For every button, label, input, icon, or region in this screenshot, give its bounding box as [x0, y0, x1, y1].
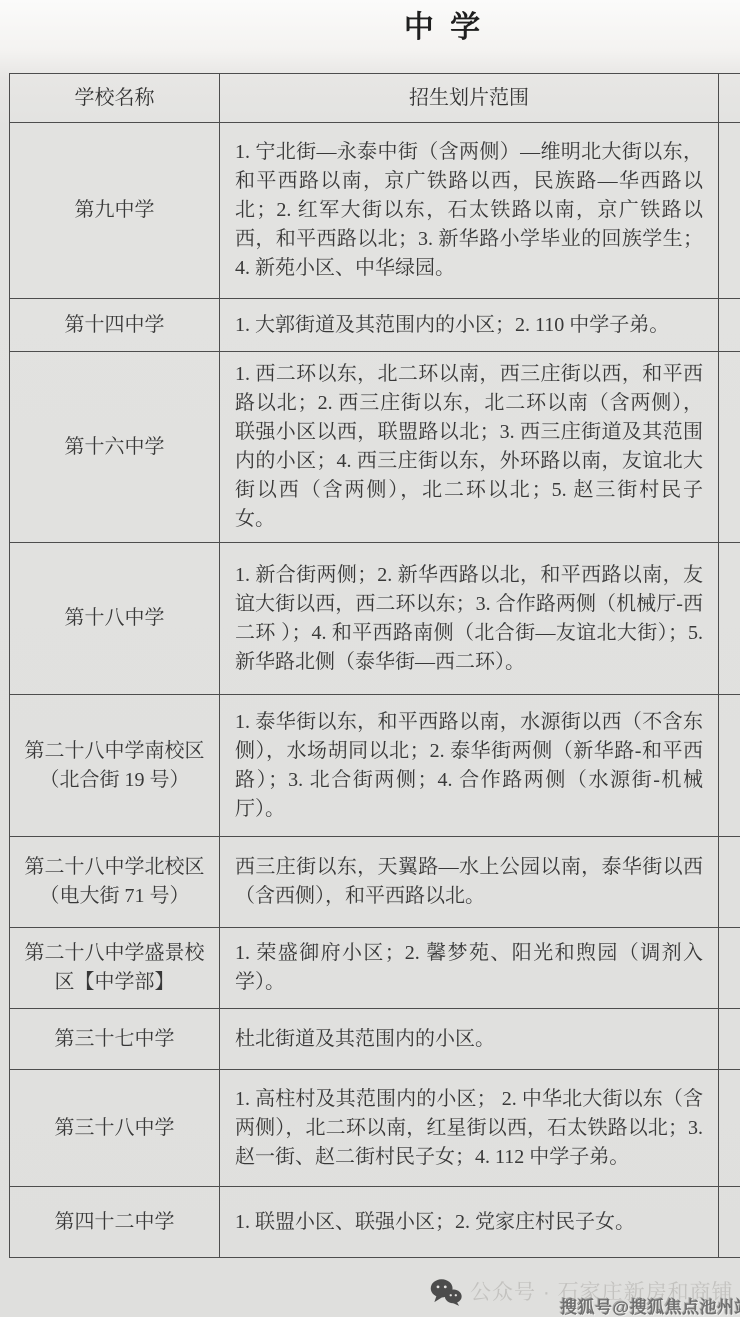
school-name-cell: 第三十八中学 [10, 1070, 220, 1187]
district-range-cell: 1. 西二环以东，北二环以南，西三庄街以西，和平西路以北；2. 西三庄街以东，北… [220, 352, 719, 543]
school-district-table: 学校名称 招生划片范围 第九中学 1. 宁北街—永泰中街（含两侧）—维明北大街以… [9, 73, 740, 1258]
cropped-cell [719, 352, 740, 543]
district-range-cell: 1. 高柱村及其范围内的小区； 2. 中华北大街以东（含两侧），北二环以南，红星… [220, 1070, 719, 1187]
school-name-cell: 第三十七中学 [10, 1009, 220, 1070]
district-range-cell: 1. 宁北街—永泰中街（含两侧）—维明北大街以东，和平西路以南，京广铁路以西，民… [220, 123, 719, 299]
district-range-cell: 西三庄街以东，天翼路—水上公园以南，泰华街以西（含西侧），和平西路以北。 [220, 837, 719, 928]
cropped-cell [719, 123, 740, 299]
table-row: 第十四中学 1. 大郭街道及其范围内的小区；2. 110 中学子弟。 [10, 299, 740, 352]
cropped-cell [719, 543, 740, 695]
school-name-cell: 第四十二中学 [10, 1187, 220, 1258]
header-district-range: 招生划片范围 [220, 74, 719, 123]
table-body: 第九中学 1. 宁北街—永泰中街（含两侧）—维明北大街以东，和平西路以南，京广铁… [10, 123, 740, 1258]
cropped-cell [719, 1009, 740, 1070]
district-range-cell: 1. 泰华街以东，和平西路以南，水源街以西（不含东侧），水场胡同以北；2. 泰华… [220, 695, 719, 837]
school-name-cell: 第十八中学 [10, 543, 220, 695]
district-range-cell: 1. 联盟小区、联强小区；2. 党家庄村民子女。 [220, 1187, 719, 1258]
school-name-cell: 第二十八中学北校区（电大街 71 号） [10, 837, 220, 928]
header-row: 学校名称 招生划片范围 [10, 74, 740, 123]
school-name-cell: 第十六中学 [10, 352, 220, 543]
table-row: 第二十八中学北校区（电大街 71 号） 西三庄街以东，天翼路—水上公园以南，泰华… [10, 837, 740, 928]
table-row: 第九中学 1. 宁北街—永泰中街（含两侧）—维明北大街以东，和平西路以南，京广铁… [10, 123, 740, 299]
district-range-cell: 1. 荣盛御府小区；2. 馨梦苑、阳光和煦园（调剂入学）。 [220, 928, 719, 1009]
table-row: 第二十八中学南校区（北合街 19 号） 1. 泰华街以东，和平西路以南，水源街以… [10, 695, 740, 837]
table-row: 第三十七中学 杜北街道及其范围内的小区。 [10, 1009, 740, 1070]
header-cropped-column [719, 74, 740, 123]
header-school-name: 学校名称 [10, 74, 220, 123]
school-name-cell: 第九中学 [10, 123, 220, 299]
page-title: 中 学 [9, 2, 740, 46]
cropped-cell [719, 695, 740, 837]
table-row: 第三十八中学 1. 高柱村及其范围内的小区； 2. 中华北大街以东（含两侧），北… [10, 1070, 740, 1187]
school-name-cell: 第二十八中学南校区（北合街 19 号） [10, 695, 220, 837]
sohu-watermark: 搜狐号@搜狐焦点池州站 [560, 1293, 740, 1317]
cropped-cell [719, 837, 740, 928]
table-row: 第二十八中学盛景校区【中学部】 1. 荣盛御府小区；2. 馨梦苑、阳光和煦园（调… [10, 928, 740, 1009]
school-name-cell: 第十四中学 [10, 299, 220, 352]
cropped-cell [719, 299, 740, 352]
wechat-icon [430, 1278, 462, 1312]
cropped-cell [719, 1070, 740, 1187]
enrollment-table: 学校名称 招生划片范围 第九中学 1. 宁北街—永泰中街（含两侧）—维明北大街以… [9, 73, 740, 1258]
district-range-cell: 1. 大郭街道及其范围内的小区；2. 110 中学子弟。 [220, 299, 719, 352]
district-range-cell: 杜北街道及其范围内的小区。 [220, 1009, 719, 1070]
table-row: 第十六中学 1. 西二环以东，北二环以南，西三庄街以西，和平西路以北；2. 西三… [10, 352, 740, 543]
table-row: 第四十二中学 1. 联盟小区、联强小区；2. 党家庄村民子女。 [10, 1187, 740, 1258]
cropped-cell [719, 928, 740, 1009]
table-row: 第十八中学 1. 新合街两侧；2. 新华西路以北，和平西路以南，友谊大街以西，西… [10, 543, 740, 695]
document-page: 中 学 学校名称 招生划片范围 第九中学 1. 宁北街—永泰中街（含两侧）—维明… [0, 0, 740, 1317]
school-name-cell: 第二十八中学盛景校区【中学部】 [10, 928, 220, 1009]
cropped-cell [719, 1187, 740, 1258]
district-range-cell: 1. 新合街两侧；2. 新华西路以北，和平西路以南，友谊大街以西，西二环以东；3… [220, 543, 719, 695]
